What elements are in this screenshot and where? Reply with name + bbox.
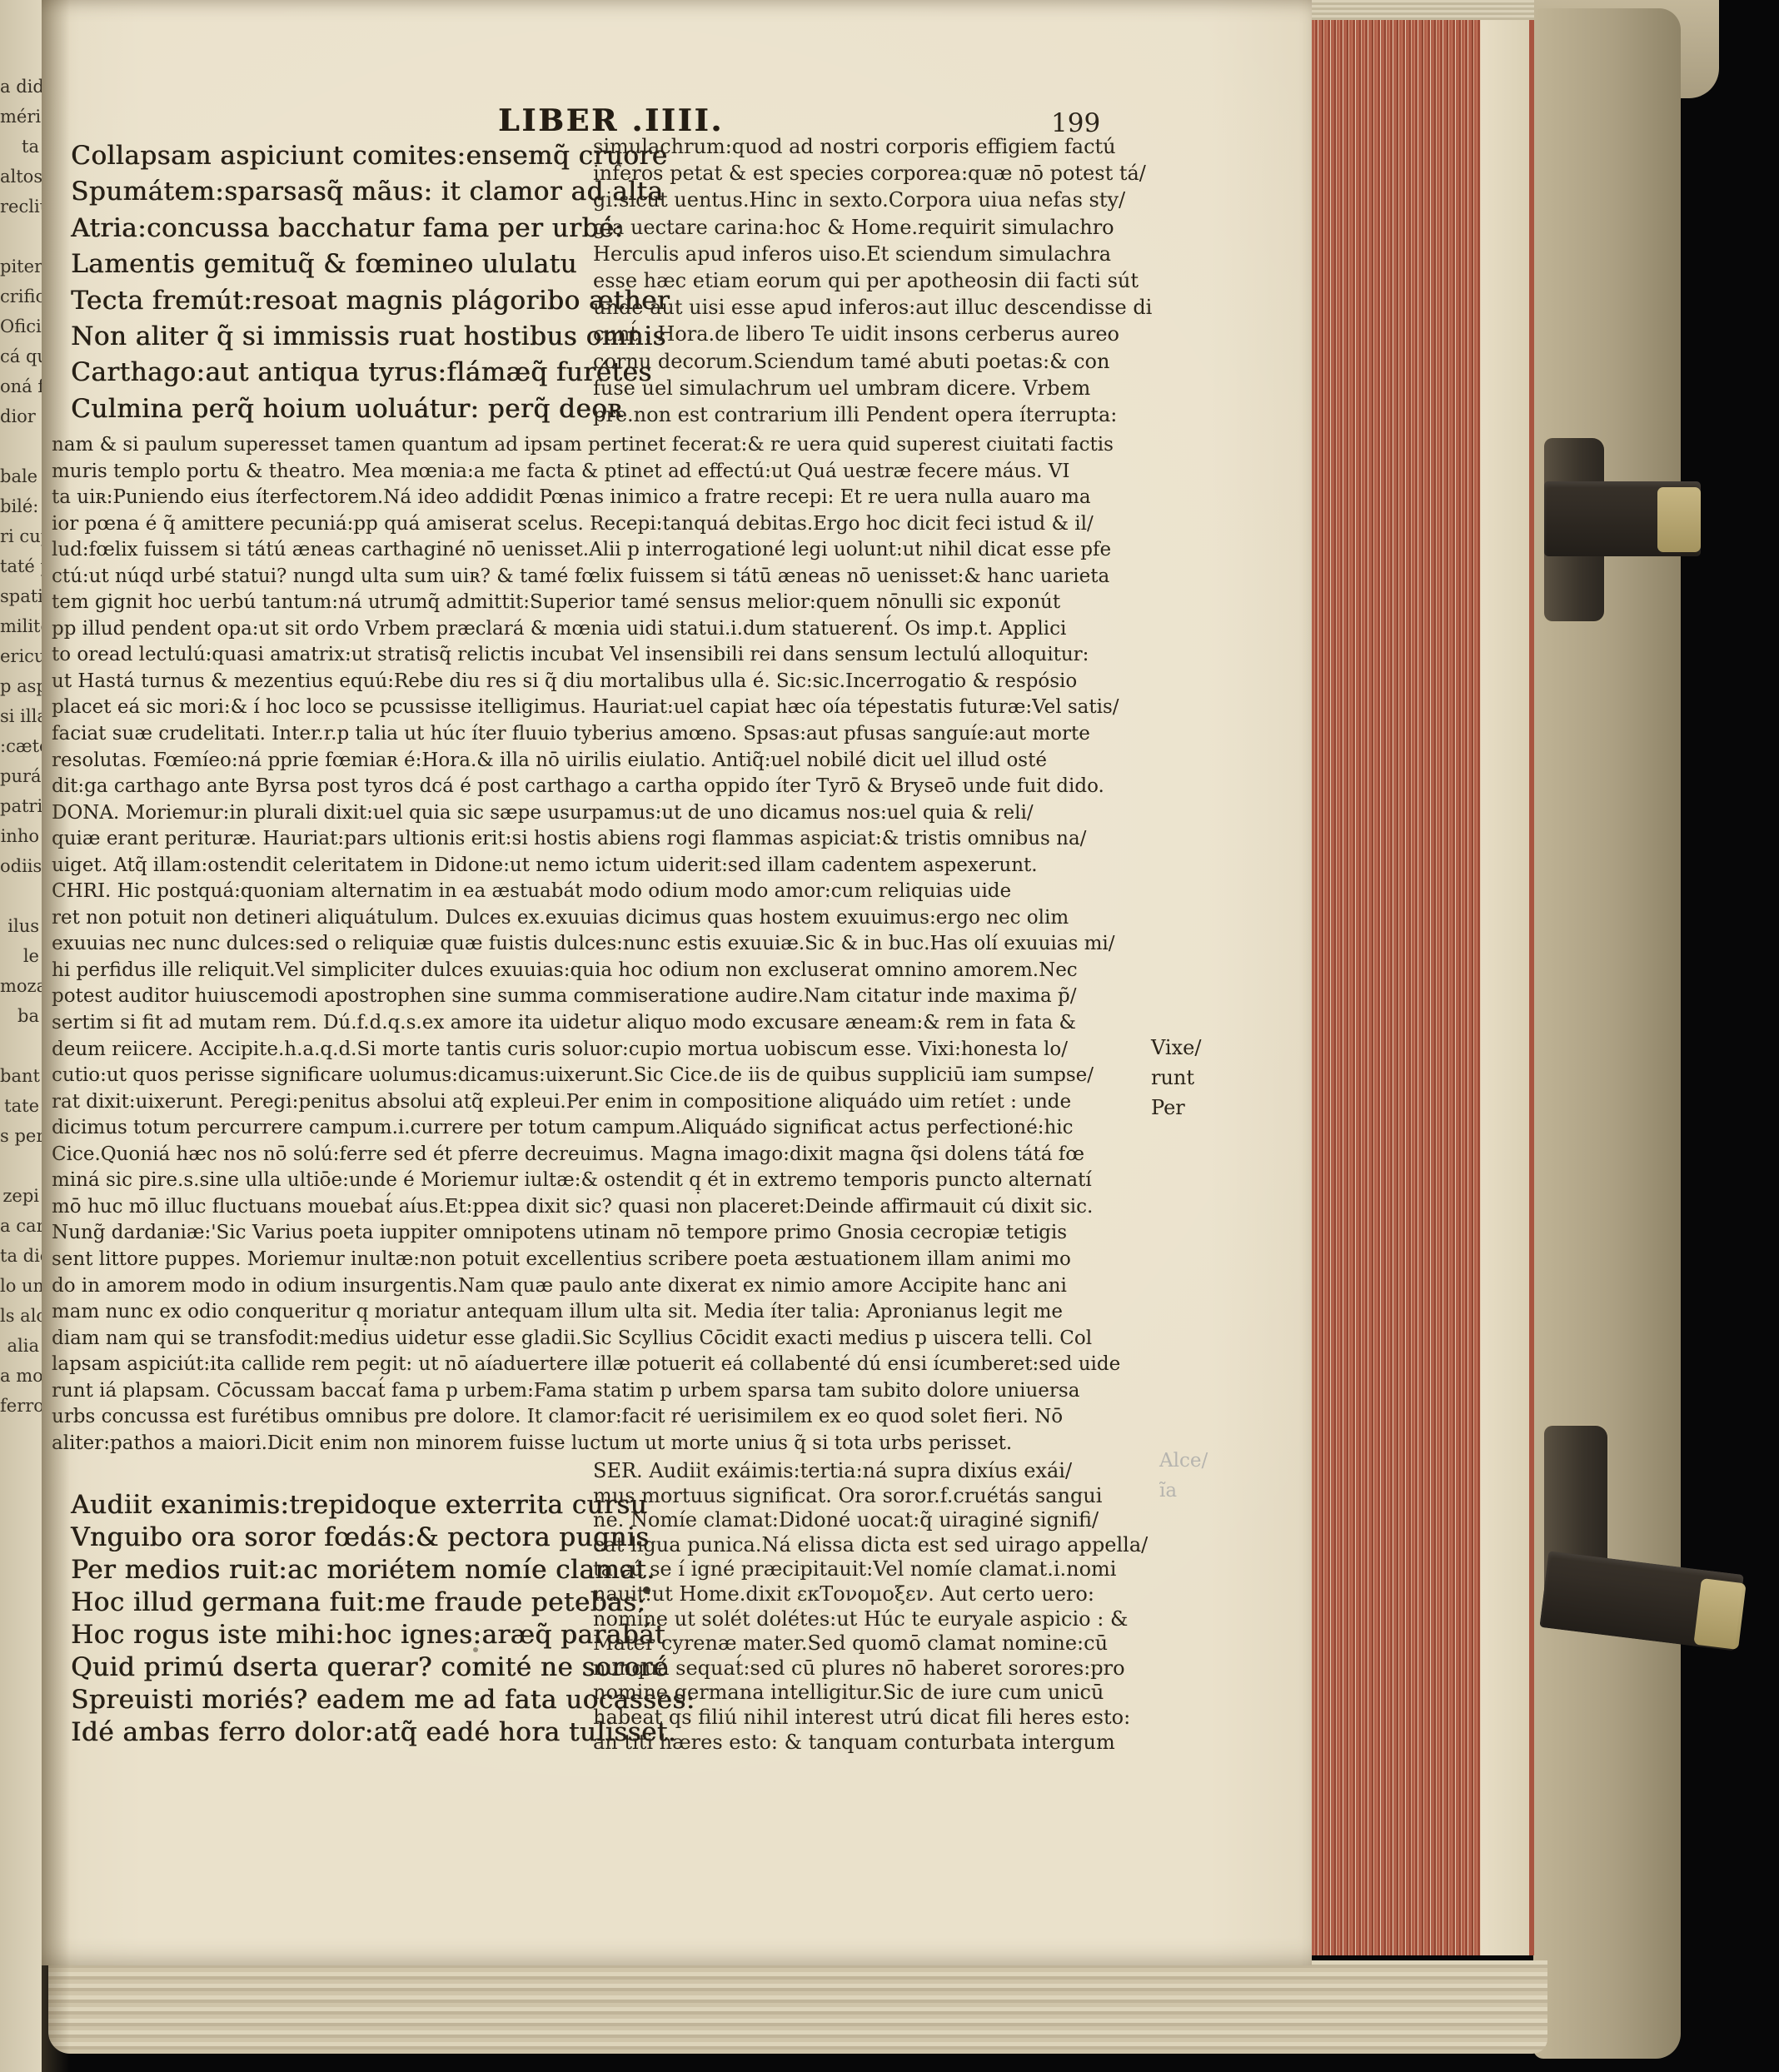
text-fragment [0,1421,42,1451]
marginal-note: Vixe/runtPer [1151,1033,1201,1123]
verse-block-top: Collapsam aspiciunt comites:ensemq̃ cruo… [71,138,670,427]
text-line: diam nam qui se transfodit:medius uidetu… [52,1326,1120,1352]
text-fragment: bilé: ná [0,491,42,521]
text-fragment [0,881,42,911]
text-fragment: alia [0,1331,42,1361]
text-fragment [0,431,42,461]
text-line: dit:ga carthago ante Byrsa post tyros dc… [52,774,1120,800]
text-line: esse hæc etiam eorum qui per apotheosin … [593,267,1152,294]
text-line: mam nunc ex odio conqueritur q̣ moriatur… [52,1299,1120,1326]
text-fragment: Oficiis di [0,311,42,341]
text-fragment: méris [0,102,42,132]
clasp-metal-tip [1657,487,1701,552]
text-line: nomine ut solét dolétes:ut Húc te euryal… [593,1607,1148,1632]
text-line: gi:sicut uentus.Hinc in sexto.Corpora ui… [593,187,1152,213]
text-line: do in amorem modo in odium insurgentis.N… [52,1273,1120,1300]
text-fragment: p aspa [0,671,42,701]
commentary-column-top-right: simulachrum:quod ad nostri corporis effi… [593,133,1152,428]
text-line: sent littore puppes. Moriemur inultæ:non… [52,1247,1120,1273]
text-line: deum reiicere. Accipite.h.a.q.d.Si morte… [52,1037,1120,1063]
text-fragment [0,1481,42,1511]
text-fragment: crificatu [0,281,42,311]
text-line: to oread lectulú:quasi amatrix:ut strati… [52,642,1120,669]
text-fragment: spatiú [0,581,42,611]
text-line: potest auditor huiuscemodi apostrophen s… [52,984,1120,1010]
paper-speck [643,1586,650,1594]
text-line: ut Hastá turnus & mezentius equú:Rebe di… [52,669,1120,695]
commentary-column-bottom-right: SER. Audiit exáimis:tertia:ná supra dixí… [593,1459,1148,1755]
text-line: tem gignit hoc uerbú tantum:ná utrumq̃ a… [52,590,1120,616]
text-line: uiget. Atq̃ illam:ostendit celeritatem i… [52,853,1120,879]
text-fragment: s pergi [0,1121,42,1151]
text-fragment: piter iu [0,252,42,281]
text-line: unde aut uisi esse apud inferos:aut illu… [593,294,1152,321]
text-fragment: dior q̃ so [0,401,42,431]
text-line: miná sic pire.s.sine ulla ultiōe:unde é … [52,1168,1120,1194]
text-fragment: lo umbras [0,1271,42,1301]
text-line: runt [1151,1063,1201,1093]
text-line: muris templo portu & theatro. Mea mœnia:… [52,459,1120,486]
text-fragment [0,1451,42,1481]
text-line: ne. Nomíe clamat:Didoné uocat:q̃ uiragin… [593,1508,1148,1533]
text-line: nauit:ut Home.dixit εκΤονομοξεν. Aut cer… [593,1582,1148,1607]
text-line: Non aliter q̃ si immissis ruat hostibus … [71,319,670,355]
text-line: SER. Audiit exáimis:tertia:ná supra dixí… [593,1459,1148,1484]
text-line: Per [1151,1093,1201,1123]
text-line: Culmina perq̃ hoium uoluátur: perq̃ deoʀ [71,391,670,427]
text-line: Tecta fremút:resoat magnis plágoribo æth… [71,283,670,319]
text-line: urbs concussa est furétibus omnibus pre … [52,1404,1120,1431]
text-line: lapsam aspiciút:ita callide rem pegit: u… [52,1352,1120,1378]
text-fragment: odiis.Ná [0,851,42,881]
text-line: sertim si fit ad mutam rem. Dú.f.d.q.s.e… [52,1010,1120,1037]
text-line: aliter:pathos a maiori.Dicit enim non mi… [52,1431,1120,1457]
text-fragment: ta [0,132,42,162]
fore-edge-red-line [1529,20,1534,1955]
text-line: lud:fœlix fuissem si tátú æneas carthagi… [52,537,1120,564]
text-fragment: inho [0,821,42,851]
text-line: Herculis apud inferos uiso.Et sciendum s… [593,241,1152,267]
text-line: gia uectare carina:hoc & Home.requirit s… [593,214,1152,241]
text-fragment: purát [0,761,42,791]
text-line: nunquá sequat́:sed cū plures nō haberet … [593,1656,1148,1681]
red-fore-edge [1312,20,1481,1955]
text-fragment: tate [0,1091,42,1121]
text-line: cornu decorum.Sciendum tamé abuti poetas… [593,348,1152,375]
text-fragment [0,1031,42,1061]
text-line: mus mortuus significat. Ora soror.f.crué… [593,1484,1148,1509]
clasp-metal-tip [1693,1578,1746,1650]
facing-page-fragments: a didoméristaaltosrecliuspiter iucrifica… [0,0,42,1541]
parchment-cover-right [1533,8,1681,2059]
text-line: Vixe/ [1151,1033,1201,1063]
text-fragment: a carina [0,1211,42,1241]
text-fragment [0,222,42,252]
text-fragment: oná fecti [0,371,42,401]
text-line: cunt́ : Hora.de libero Te uidit insons c… [593,321,1152,347]
text-line: mō huc mō illuc fluctuans mouebat́ aíus.… [52,1194,1120,1221]
text-line: cat ligua punica.Ná elissa dicta est sed… [593,1533,1148,1558]
text-fragment: reclius [0,192,42,222]
paper-speck [473,1647,478,1652]
text-line: runt iá plapsam. Cōcussam baccat́ fama p… [52,1378,1120,1405]
text-line: Mater cyrenæ mater.Sed quomō clamat nomi… [593,1631,1148,1656]
text-line: Alce/ [1159,1446,1208,1476]
text-fragment: a dido [0,72,42,102]
text-line: nam & si paulum superesset tamen quantum… [52,432,1120,459]
text-fragment: ilus [0,911,42,941]
text-line: pre.non est contrarium illi Pendent oper… [593,401,1152,428]
text-line: cutio:ut quos perisse significare uolumu… [52,1063,1120,1089]
text-fragment: ba [0,1001,42,1031]
fore-edge-outer-margin [1481,20,1533,1955]
text-line: inferos petat & est species corporea:quæ… [593,160,1152,187]
book-photo: a didoméristaaltosrecliuspiter iucrifica… [0,0,1779,2072]
text-fragment: ericula [0,641,42,671]
text-fragment: bale uo [0,461,42,491]
text-fragment: altos [0,162,42,192]
text-line: Collapsam aspiciunt comites:ensemq̃ cruo… [71,138,670,174]
text-line: ĩa [1159,1476,1208,1506]
text-fragment: ta dice [0,1241,42,1271]
text-line: Lamentis gemituq̃ & fœmineo ululatu [71,247,670,282]
text-fragment: militer. [0,611,42,641]
text-fragment: zepi [0,1181,42,1211]
text-line: ior pœna é q̃ amittere pecuniá:pp quá am… [52,511,1120,538]
text-line: pp illud pendent opa:ut sit ordo Vrbem p… [52,616,1120,643]
text-line: Atria:concussa bacchatur fama per urbé: [71,211,670,247]
text-fragment: patris [0,791,42,821]
text-line: ta uiʀ:Puniendo eius íterfectorem.Ná ide… [52,485,1120,511]
text-fragment: cá quo [0,341,42,371]
text-line: an titi hæres esto: & tanquam conturbata… [593,1731,1148,1756]
text-line: Carthago:aut antiqua tyrus:flámæq̃ furét… [71,355,670,391]
text-line: faciat suæ crudelitati. Inter.r.p talia … [52,721,1120,748]
text-fragment: ls aloo [0,1301,42,1331]
text-fragment: moza [0,971,42,1001]
text-line: habeat qs filiú nihil interest utrú dica… [593,1706,1148,1731]
text-line: resolutas. Fœmíeo:ná pprie fœmiaʀ é:Hora… [52,748,1120,775]
text-line: fuse uel simulachrum uel umbram dicere. … [593,375,1152,401]
facing-page-sliver: a didoméristaaltosrecliuspiter iucrifica… [0,0,42,2072]
page-stack-bottom-edge [48,1960,1547,2054]
text-fragment: ri cupe [0,521,42,551]
text-line: simulachrum:quod ad nostri corporis effi… [593,133,1152,160]
text-line: nomine germana intelligitur.Sic de iure … [593,1681,1148,1706]
text-fragment [0,1151,42,1181]
text-line: Cice.Quoniá hæc nos nō solú:ferre sed ét… [52,1142,1120,1168]
text-fragment: ferro [0,1391,42,1421]
text-line: DONA. Moriemur:in plurali dixit:uel quia… [52,800,1120,827]
text-line: dicimus totum percurrere campum.i.currer… [52,1115,1120,1142]
text-line: quiæ erant perituræ. Hauriat:pars ultion… [52,826,1120,853]
text-line: CHRI. Hic postquá:quoniam alternatim in … [52,879,1120,905]
text-fragment [0,1511,42,1541]
text-line: placet eá sic mori:& í hoc loco se pcuss… [52,695,1120,721]
commentary-block-full-width: nam & si paulum superesset tamen quantum… [52,432,1120,1457]
text-fragment: le [0,941,42,971]
text-line: hi perfidus ille reliquit.Vel simplicite… [52,958,1120,984]
text-fragment: bant [0,1061,42,1091]
text-fragment: a moris [0,1361,42,1391]
book-page: LIBER .IIII. 199 Collapsam aspiciunt com… [42,0,1312,1965]
text-line: Nung̃ dardaniæ:'Sic Varius poeta iuppite… [52,1220,1120,1247]
text-line: Spumátem:sparsasq̃ mãus: it clamor ad al… [71,174,670,210]
text-line: ret non potuit non detineri aliquátulum.… [52,905,1120,932]
text-line: ta cú se í igné præcipitauit:Vel nomíe c… [593,1557,1148,1582]
show-through-ghost-note: Alce/ĩa [1159,1446,1208,1506]
text-line: rat dixit:uixerunt. Peregi:penitus absol… [52,1089,1120,1116]
text-fragment: taté po [0,551,42,581]
text-fragment: :cæte [0,731,42,761]
text-fragment: si illa [0,701,42,731]
text-line: ctú:ut núqd urbé statui? nungd ulta sum … [52,564,1120,590]
text-line: exuuias nec nunc dulces:sed o reliquiæ q… [52,931,1120,958]
